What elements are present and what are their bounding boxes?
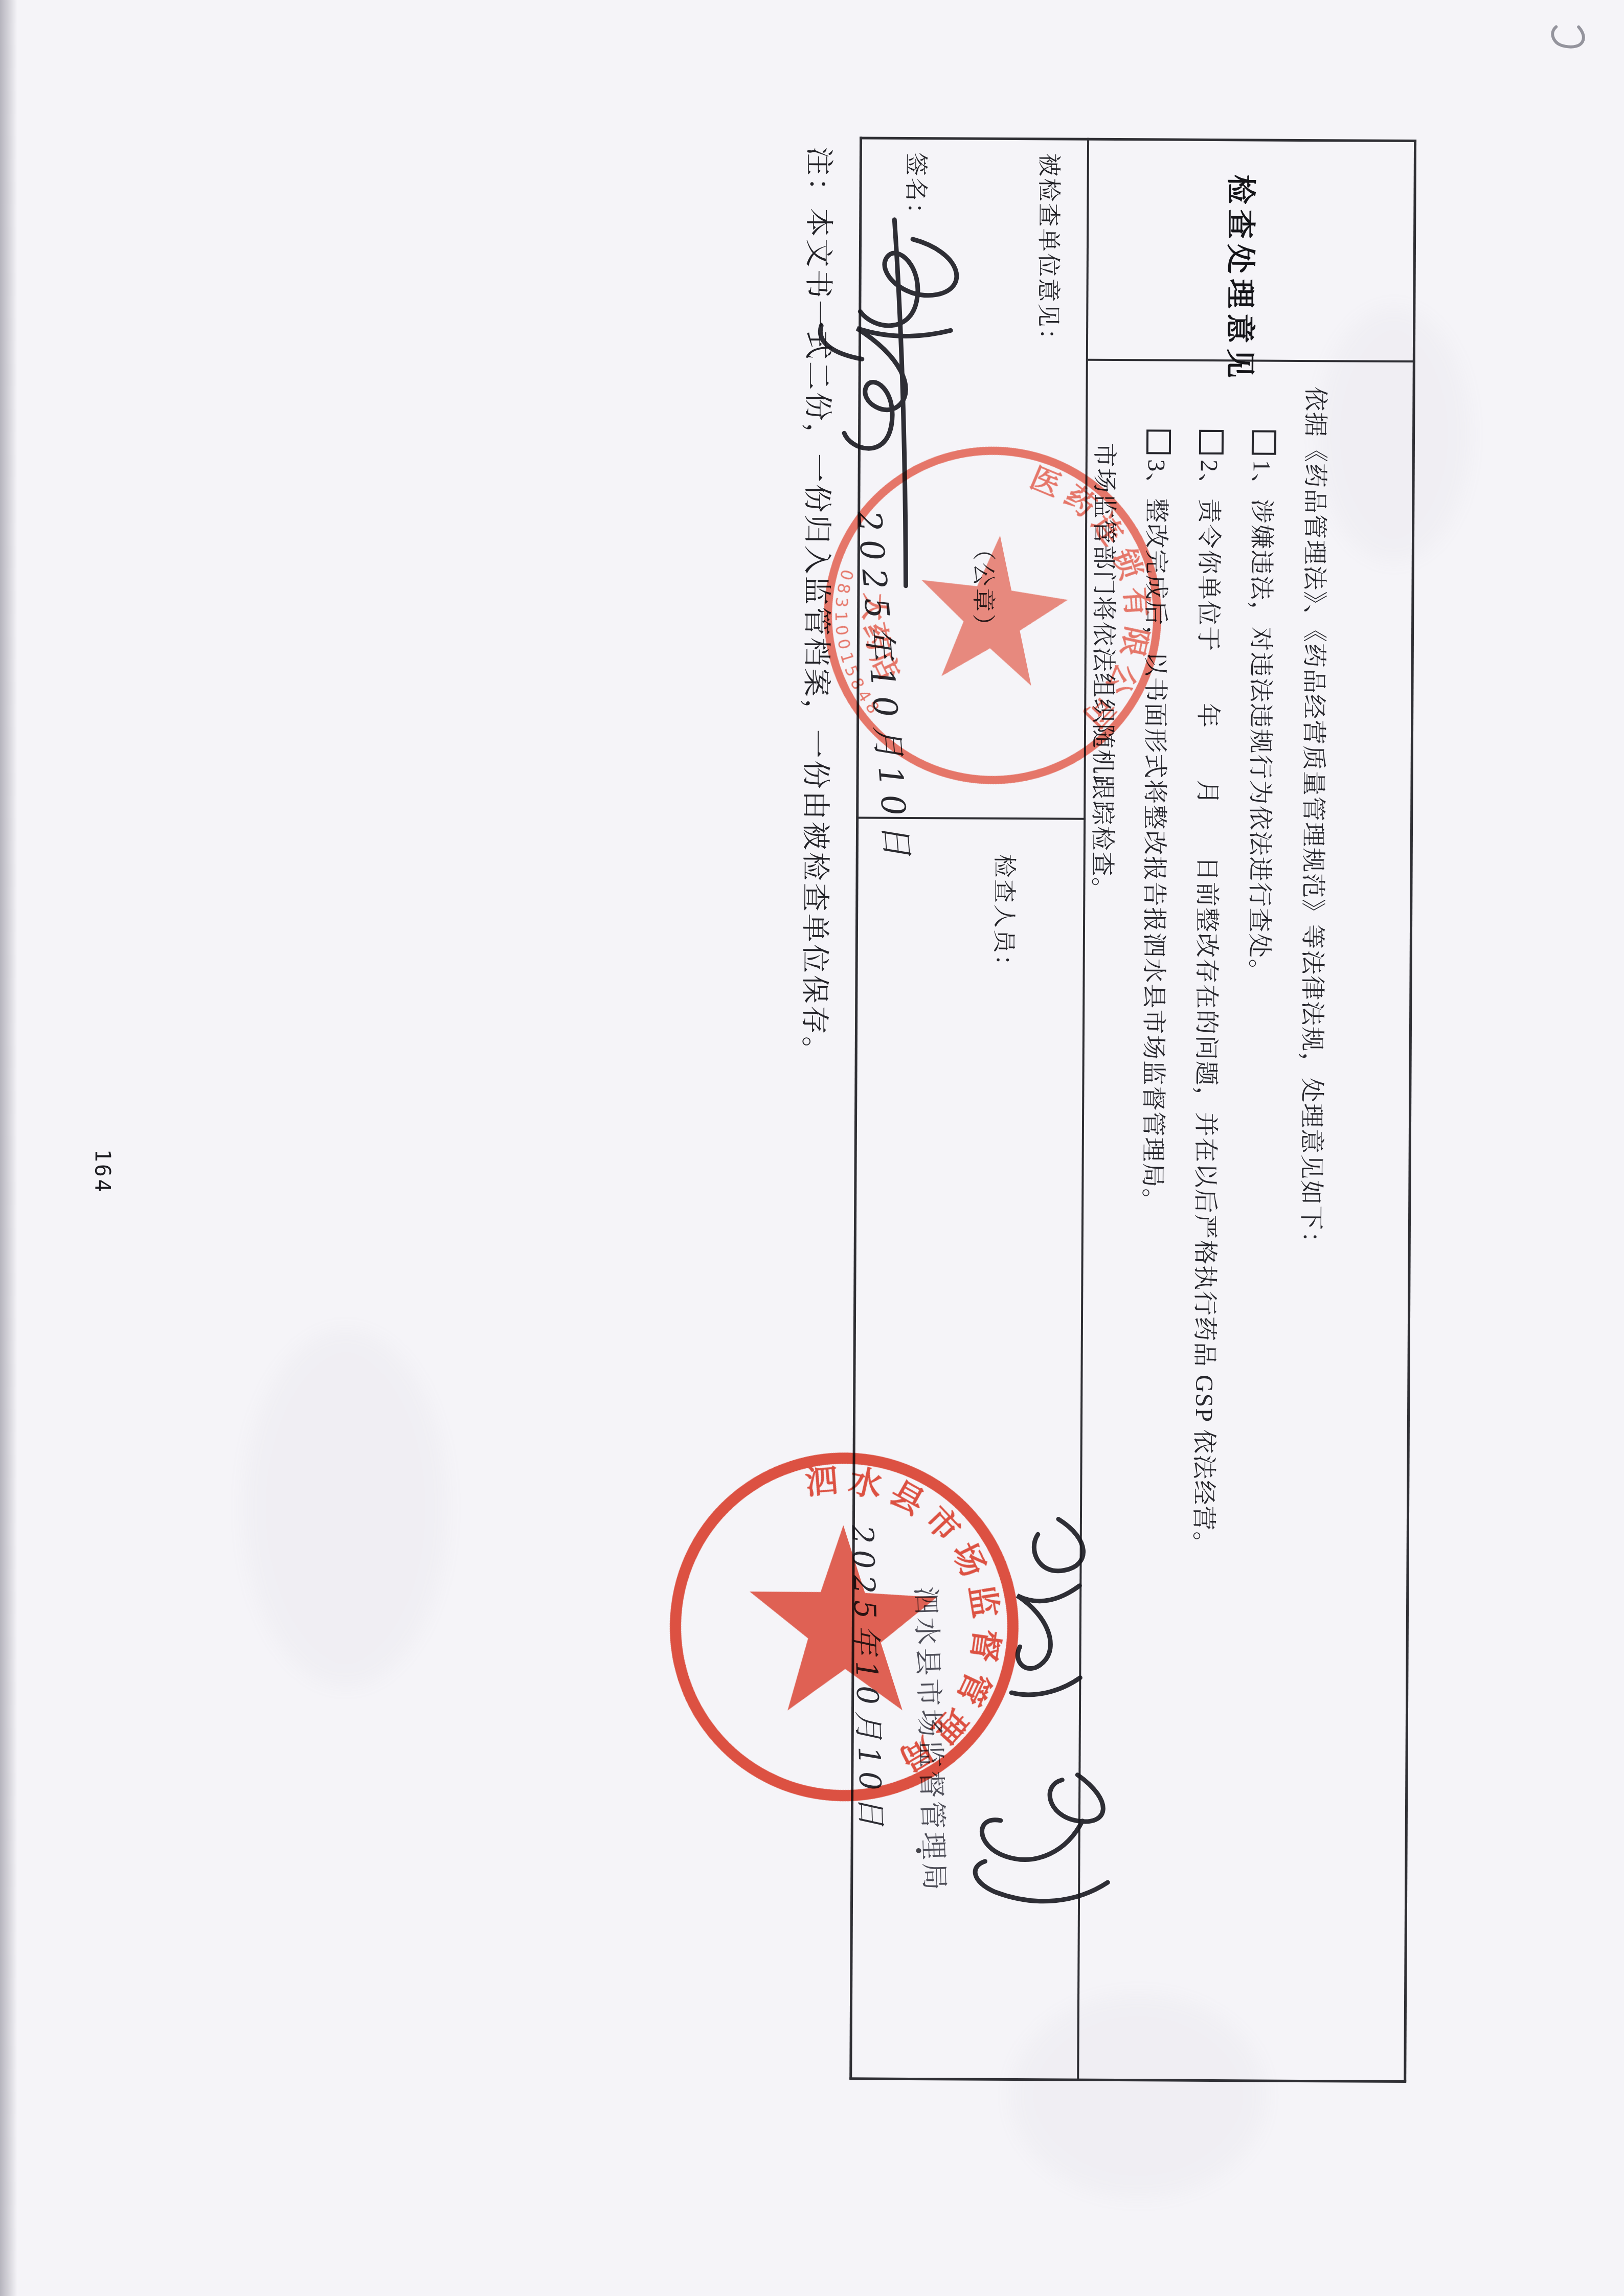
ink-dot [916, 1848, 921, 1853]
corner-pen-mark [1552, 27, 1584, 47]
company-seal-stamp: 医药连锁有限公司 大药店 08310015848 [775, 398, 1210, 833]
page-number: 164 [90, 1149, 115, 1194]
form-content: 检查处理意见 依据《药品管理法》、《药品经营质量管理规范》等法律法规，处理意见如… [0, 0, 1624, 2296]
scanned-document-page: 检查处理意见 依据《药品管理法》、《药品经营质量管理规范》等法律法规，处理意见如… [0, 0, 1624, 2296]
handwriting-layer [0, 0, 1624, 2296]
paper-edge-shadow [0, 0, 17, 2296]
star-icon [739, 1505, 966, 1743]
rotated-sheet: 检查处理意见 依据《药品管理法》、《药品经营质量管理规范》等法律法规，处理意见如… [0, 0, 1624, 2296]
handwritten-signature-inspector-2 [975, 1775, 1109, 1902]
star-icon [916, 525, 1083, 703]
